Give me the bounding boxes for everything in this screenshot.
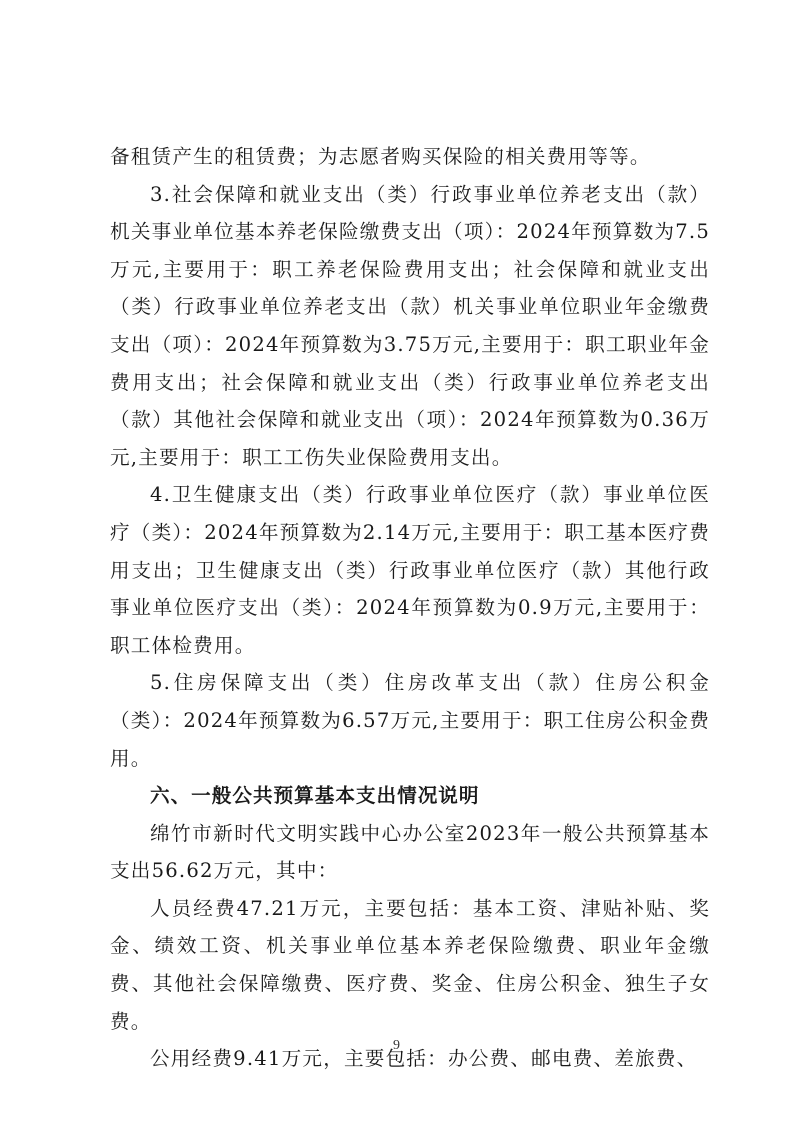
- section-heading-basic-expenditure: 六、一般公共预算基本支出情况说明: [110, 777, 710, 815]
- paragraph-health: 4.卫生健康支出（类）行政事业单位医疗（款）事业单位医疗（类）：2024年预算数…: [110, 476, 710, 664]
- paragraph-rental-continuation: 备租赁产生的租赁费；为志愿者购买保险的相关费用等等。: [110, 138, 710, 176]
- paragraph-personnel-costs: 人员经费47.21万元，主要包括：基本工资、津贴补贴、奖金、绩效工资、机关事业单…: [110, 890, 710, 1040]
- paragraph-housing: 5.住房保障支出（类）住房改革支出（款）住房公积金（类）：2024年预算数为6.…: [110, 664, 710, 777]
- page-body: 备租赁产生的租赁费；为志愿者购买保险的相关费用等等。 3.社会保障和就业支出（类…: [110, 138, 710, 1078]
- paragraph-basic-expenditure-total: 绵竹市新时代文明实践中心办公室2023年一般公共预算基本支出56.62万元，其中…: [110, 815, 710, 890]
- document-page: 备租赁产生的租赁费；为志愿者购买保险的相关费用等等。 3.社会保障和就业支出（类…: [0, 0, 793, 1122]
- page-number: 9: [0, 1038, 793, 1054]
- paragraph-social-security: 3.社会保障和就业支出（类）行政事业单位养老支出（款）机关事业单位基本养老保险缴…: [110, 176, 710, 477]
